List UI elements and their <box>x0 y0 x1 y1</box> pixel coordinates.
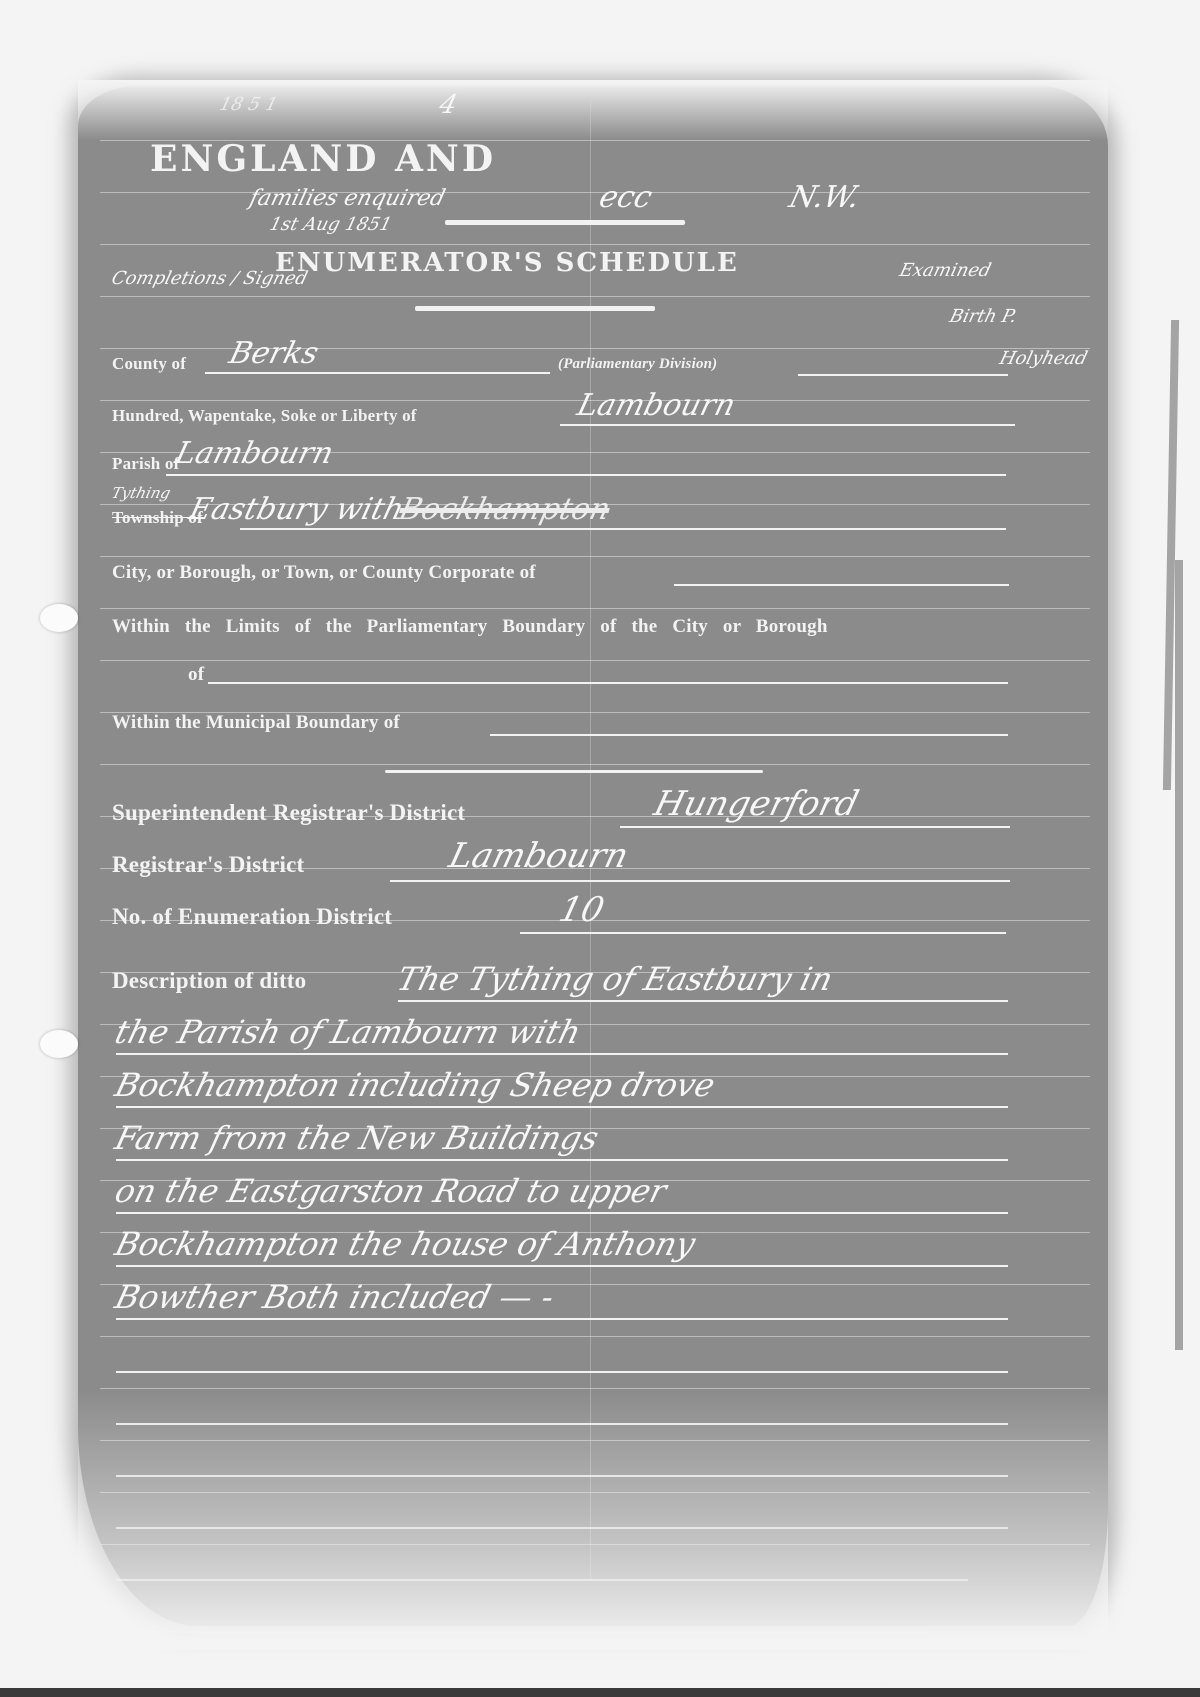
title-england-and: ENGLAND AND <box>150 138 496 180</box>
ruling-line <box>100 244 1090 245</box>
annotation-families-enquired: families enquired <box>247 186 448 211</box>
ruling-line <box>100 1388 1090 1389</box>
label-enumeration-district-no: No. of Enumeration District <box>112 904 392 930</box>
scan-edge-strip-2 <box>1175 560 1183 1350</box>
label-parish: Parish of <box>112 454 179 474</box>
label-registrar-district: Registrar's District <box>112 852 304 878</box>
description-line: Bockhampton the house of Anthony <box>111 1225 699 1263</box>
punch-hole-lower <box>40 1030 78 1058</box>
description-rule <box>116 1265 1008 1267</box>
description-line: The Tything of Eastbury in <box>393 960 836 998</box>
value-township-struck: Bockhampton <box>396 492 614 527</box>
ruling-line <box>100 556 1090 557</box>
description-line: Bowther Both included — - <box>111 1278 558 1316</box>
label-correction-tything: Tything <box>110 484 173 502</box>
annotation-completions: Completions / Signed <box>109 268 309 289</box>
description-rule <box>116 1053 1008 1055</box>
label-city-borough: City, or Borough, or Town, or County Cor… <box>112 562 536 584</box>
annotation-ecc: ecc <box>596 180 656 215</box>
label-municipal-boundary: Within the Municipal Boundary of <box>112 712 400 734</box>
description-line: Farm from the New Buildings <box>111 1119 602 1157</box>
line-county <box>205 372 550 374</box>
blank-rule <box>116 1683 888 1685</box>
line-parliamentary-division <box>798 374 1008 376</box>
ruling-line <box>100 764 1090 765</box>
value-county: Berks <box>226 336 322 371</box>
annotation-place: Holyhead <box>997 348 1089 369</box>
line-municipal-boundary <box>490 734 1008 736</box>
ruling-line <box>100 1336 1090 1337</box>
description-rule <box>116 1159 1008 1161</box>
header-divider-top <box>445 220 685 225</box>
description-line: on the Eastgarston Road to upper <box>111 1172 670 1210</box>
line-registrar-district <box>390 880 1010 882</box>
section-divider <box>385 770 763 773</box>
description-rule <box>116 1106 1008 1108</box>
value-superintendent-district: Hungerford <box>650 784 863 824</box>
annotation-nw: N.W. <box>786 180 864 215</box>
label-parliamentary-boundary: Within the Limits of the Parliamentary B… <box>112 616 828 638</box>
label-hundred: Hundred, Wapentake, Soke or Liberty of <box>112 406 417 426</box>
line-parish <box>166 474 1006 476</box>
line-superintendent-district <box>620 826 1010 828</box>
annotation-year: 18 5 1 <box>217 94 280 115</box>
value-parish: Lambourn <box>172 436 337 471</box>
line-city-borough <box>674 584 1009 586</box>
line-township <box>240 528 1006 530</box>
punch-hole-upper <box>40 604 78 632</box>
label-parliamentary-division: (Parliamentary Division) <box>558 356 717 373</box>
blank-rule <box>116 1371 1008 1373</box>
description-line: the Parish of Lambourn with <box>111 1013 584 1051</box>
description-rule <box>116 1212 1008 1214</box>
value-registrar-district: Lambourn <box>445 836 632 876</box>
header-divider-bottom <box>415 306 655 311</box>
label-parliamentary-boundary-of: of <box>188 664 204 686</box>
annotation-birth: Birth P. <box>947 306 1019 327</box>
label-description: Description of ditto <box>112 968 306 994</box>
description-rule <box>398 1000 1008 1002</box>
description-rule <box>116 1318 1008 1320</box>
label-superintendent-district: Superintendent Registrar's District <box>112 800 465 826</box>
description-line: Bockhampton including Sheep drove <box>111 1066 719 1104</box>
scan-bottom-edge <box>0 1688 1200 1697</box>
annotation-date: 1st Aug 1851 <box>267 214 394 235</box>
line-enumeration-district-no <box>520 932 1006 934</box>
label-county: County of <box>112 354 186 374</box>
scan-fade-bottom <box>78 1390 1108 1650</box>
line-hundred <box>560 424 1015 426</box>
line-parliamentary-boundary <box>208 682 1008 684</box>
value-hundred: Lambourn <box>574 388 739 423</box>
annotation-examined: Examined <box>897 260 993 281</box>
ruling-line <box>100 660 1090 661</box>
ruling-line <box>100 192 1090 193</box>
title-enumerators-schedule: ENUMERATOR'S SCHEDULE <box>275 248 739 278</box>
value-township: Eastbury with <box>186 492 408 527</box>
ruling-line <box>100 296 1090 297</box>
ruling-line <box>100 608 1090 609</box>
